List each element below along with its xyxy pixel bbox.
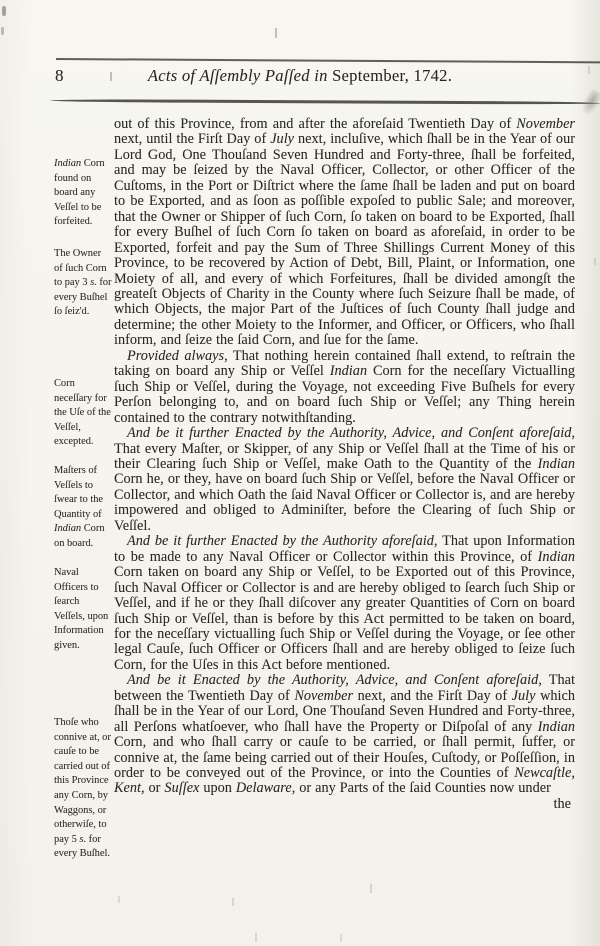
ink-blotch [579,88,600,118]
scan-speck [370,884,372,893]
scan-speck [594,258,596,265]
paragraph-proviso-victualling: Provided always, That nothing herein con… [114,349,575,426]
catchword: the [554,796,571,812]
catchword-row: the [114,797,575,812]
scan-speck [588,66,590,74]
paragraph-carriage-prohibited: And be it Enacted by the Authority, Advi… [114,673,575,797]
scan-speck [275,28,277,38]
running-title-roman: September, 1742. [328,66,453,85]
scanned-act-page: 8 Acts of Aſſembly Paſſed in September, … [0,0,600,946]
act-text-column: out of this Province, from and after the… [114,117,575,812]
header-rule-top [56,58,600,63]
margin-note-officers-search: Naval Officers to ſearch Veſſels, upon I… [54,566,112,654]
scan-speck [110,72,112,81]
running-title: Acts of Aſſembly Paſſed in September, 17… [0,66,600,86]
margin-note-connivers-pay: Thoſe who connive at, or cauſe to be car… [54,716,112,862]
margin-note-vessel-use-excepted: Corn neceſſary for the Uſe of the Veſſel… [54,377,112,450]
edge-mark [2,6,6,16]
edge-mark [1,27,4,35]
paragraph-search-on-information: And be it further Enacted by the Authori… [114,534,575,673]
margin-note-owner-pays: The Owner of ſuch Corn to pay 3 s. for e… [54,247,112,320]
header-rule-bottom [50,99,600,105]
running-title-italic: Acts of Aſſembly Paſſed in [148,66,328,85]
margin-note-corn-forfeited: Indian Corn found on board any Veſſel to… [54,157,112,230]
margin-note-masters-swear: Maſters of Veſſels to ſwear to the Quant… [54,464,112,552]
scan-speck [232,898,234,906]
scan-speck [340,934,342,942]
paragraph-forfeiture: out of this Province, from and after the… [114,117,575,349]
scan-speck [118,896,120,903]
paragraph-masters-oath: And be it further Enacted by the Authori… [114,426,575,534]
scan-speck [255,933,257,942]
